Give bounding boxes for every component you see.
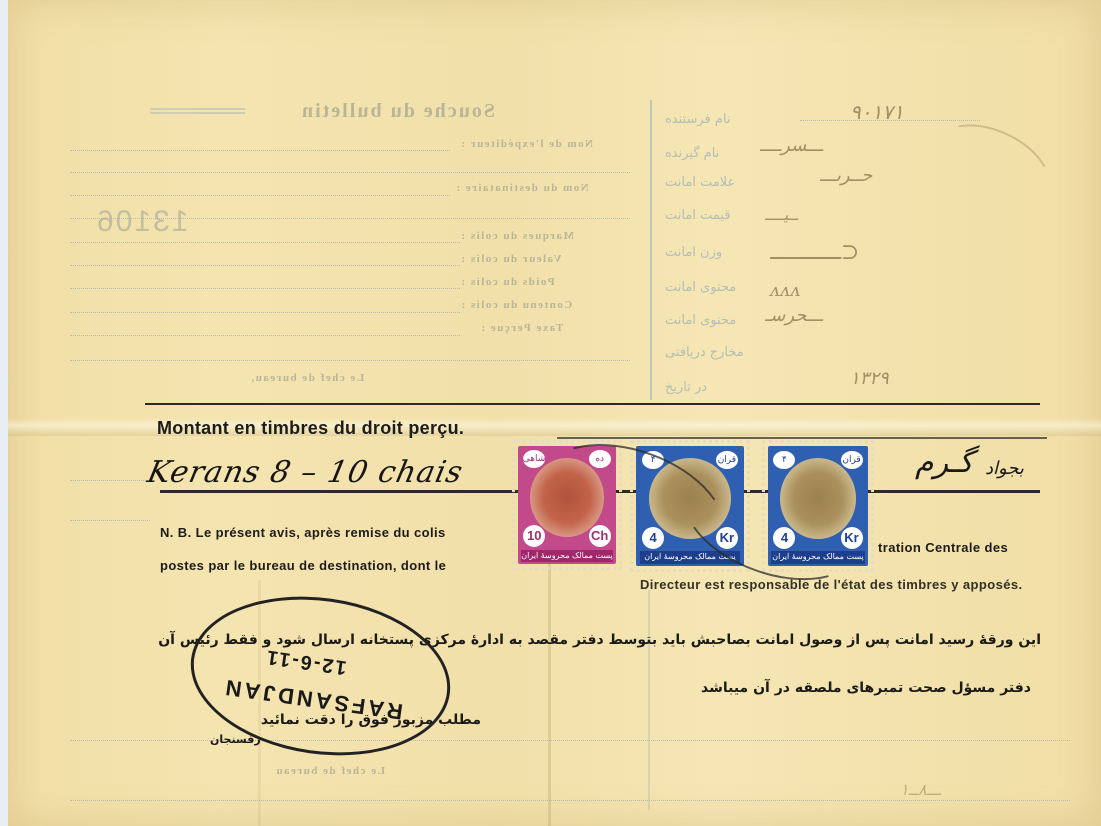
signature-annotation: بجواد	[985, 458, 1024, 479]
ghost-divider	[650, 100, 652, 400]
ghost-dotted-line	[70, 195, 450, 196]
pencil-scribble: ــيــــ	[765, 205, 798, 224]
handwritten-amount: Kerans 8 – 10 chais	[144, 455, 466, 490]
ghost-counterfoil-number: 13106	[95, 205, 188, 239]
ghost-arabic-label: نام فرستنده	[665, 112, 731, 127]
ghost-arabic-label: نام گیرنده	[665, 146, 719, 161]
ghost-dotted-line	[70, 335, 460, 336]
ghost-dotted-line	[70, 800, 1070, 801]
official-signature: ﮔـﺮﻡ	[915, 445, 973, 480]
ghost-field-tax: Taxe Perçue :	[480, 322, 563, 334]
notice-line1-left: N. B. Le présent avis, après remise du c…	[160, 525, 446, 540]
stamp-corner-left: ۴	[773, 451, 795, 469]
pencil-scribble: ᴧᴧᴧ	[770, 280, 801, 301]
notice-line1-right: tration Centrale des	[878, 540, 1008, 555]
ghost-dotted-line	[70, 150, 450, 151]
ghost-title-bar	[150, 108, 245, 114]
ghost-field-marks: Marques du colis :	[460, 230, 574, 242]
persian-notice-line2: دفتر مسؤل صحت تمبرهای ملصقه در آن میباشد	[701, 680, 1031, 696]
heading-rule	[557, 437, 1047, 439]
stamp-corner-right: قران	[841, 451, 863, 469]
ghost-field-content: Contenu du colis :	[460, 299, 572, 311]
ghost-dotted-line	[70, 520, 150, 521]
ghost-dotted-line	[70, 312, 460, 313]
ghost-arabic-label: محتوی امانت	[665, 313, 736, 328]
ghost-dotted-line	[70, 218, 630, 219]
ghost-dotted-line	[70, 265, 460, 266]
ghost-divider	[648, 590, 650, 810]
ghost-bottom-signature: Le chef de bureau	[275, 765, 385, 777]
pencil-number-top: ۹۰۱۷۱	[850, 100, 904, 124]
ghost-arabic-label: محتوی امانت	[665, 280, 736, 295]
ghost-arabic-label: در تاریخ	[665, 380, 707, 395]
vertical-fold	[548, 560, 551, 826]
notice-line2-right: Directeur est responsable de l'état des …	[640, 577, 1022, 592]
ghost-field-weight: Poids du colis :	[460, 276, 555, 288]
ghost-dotted-line	[70, 480, 150, 481]
postmark-persian-town: رفسنجان	[210, 733, 261, 746]
ghost-arabic-label: مخارج دریافتی	[665, 345, 744, 360]
ghost-arabic-label: وزن امانت	[665, 245, 722, 260]
pencil-number-bottom: ۱۳۲۹	[850, 368, 889, 389]
amount-heading: Montant en timbres du droit perçu.	[157, 418, 464, 439]
ghost-field-value: Valeur du colis :	[460, 253, 562, 265]
pencil-scribble: ـــحرسـ	[765, 305, 823, 326]
ghost-signature-label: Le chef de bureau,	[250, 372, 364, 384]
ghost-dotted-line	[70, 172, 630, 173]
notice-line2-left: postes par le bureau de destination, don…	[160, 558, 446, 573]
document-paper	[8, 0, 1101, 826]
ghost-field-sender: Nom de l'expéditeur :	[460, 138, 593, 150]
ghost-dotted-line	[70, 242, 460, 243]
ghost-arabic-label: علامت امانت	[665, 175, 735, 190]
ghost-dotted-line	[70, 360, 630, 361]
pencil-scribble: حــرىـــ	[820, 165, 872, 186]
pencil-scribble: ـــــــــــ⊃	[770, 240, 859, 265]
ghost-counterfoil-title: Souche du bulletin	[300, 100, 495, 123]
pencil-scribble: ـــسرــــ	[760, 135, 823, 156]
ghost-arabic-label: قیمت امانت	[665, 208, 730, 223]
pencil-scribble: ـــ۸ــ۱	[900, 780, 941, 799]
top-rule	[145, 403, 1040, 405]
ghost-dotted-line	[70, 288, 460, 289]
ghost-field-recipient: Nom du destinataire :	[455, 182, 589, 194]
